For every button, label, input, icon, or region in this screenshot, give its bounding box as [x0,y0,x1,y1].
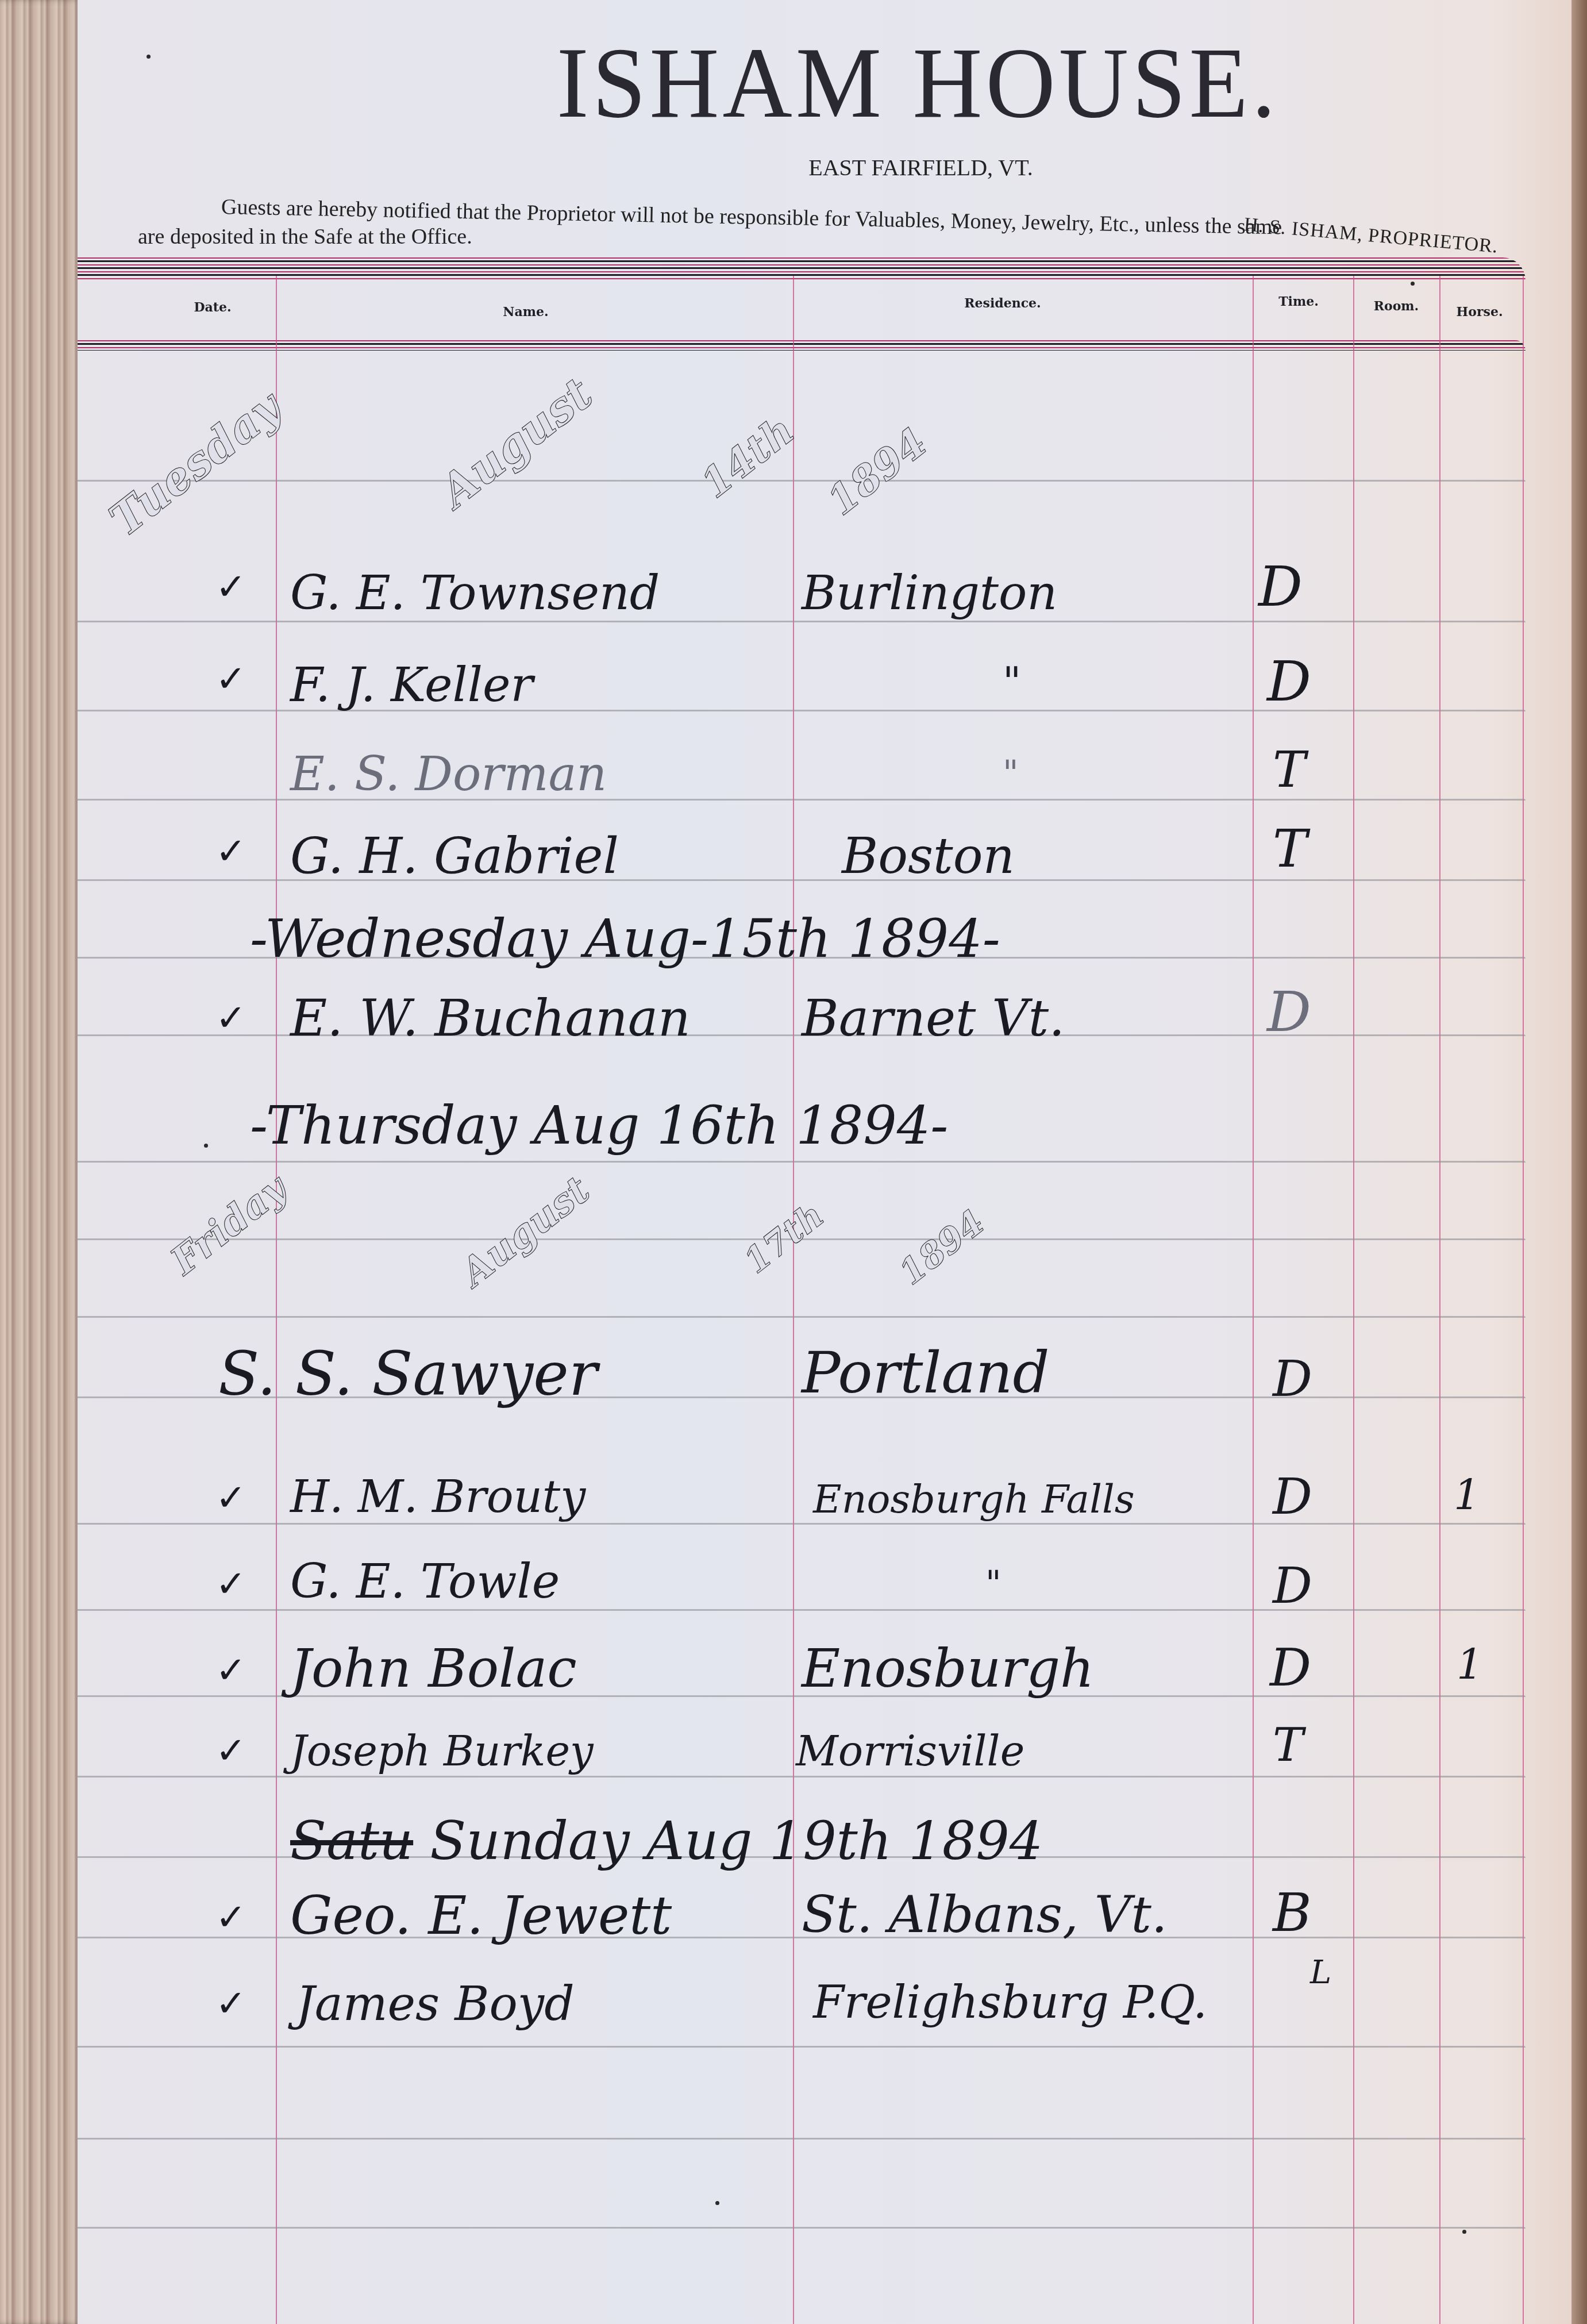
page-right-edge [1571,0,1587,2324]
guest-time: D [1258,555,1303,619]
checkmark-icon: ✓ [215,1563,246,1606]
ruled-line [78,1776,1526,1777]
guest-time: D [1270,1638,1311,1698]
guest-name: H. M. Brouty [290,1471,586,1523]
guest-name: G. E. Townsend [290,566,660,621]
guest-time: T [1273,819,1307,879]
column-divider-date [276,276,277,2324]
proprietor-signature: H. S. ISHAM, PROPRIETOR. [1243,214,1499,258]
column-divider-name [793,276,794,2324]
checkmark-icon: ✓ [215,1649,246,1692]
checkmark-icon: ✓ [215,566,246,609]
column-divider-residence [1253,276,1254,2324]
ruled-line [78,621,1526,622]
guest-name: S. S. Sawyer [218,1339,598,1409]
ruled-line [78,2227,1526,2229]
date-stamp-month: August [452,1167,598,1295]
guest-time: D [1273,1468,1312,1526]
guest-residence: Portland [802,1339,1049,1406]
col-header-residence: Residence. [964,296,1041,311]
guest-residence: St. Albans, Vt. [802,1885,1168,1944]
notice-line-2: are deposited in the Safe at the Office. [138,224,472,249]
checkmark-icon: ✓ [215,1730,246,1772]
col-header-date: Date. [194,300,231,315]
guest-name: Joseph Burkey [290,1727,594,1775]
paper-speck [1411,282,1415,286]
guest-name-faded: E. S. Dorman [290,747,607,802]
header-rule-bottom [78,340,1526,351]
guest-residence-ditto: " [1003,658,1021,705]
checkmark-icon: ✓ [215,997,246,1040]
guest-time: T [1273,741,1305,799]
date-stamp-day: Tuesday [100,381,291,547]
col-header-horse: Horse. [1456,305,1503,320]
guest-time: D [1273,1350,1312,1408]
checkmark-icon: ✓ [215,1896,246,1939]
checkmark-icon: ✓ [215,1983,246,2025]
book-page-edges [0,0,80,2324]
ruled-line [78,480,1526,482]
guest-time: T [1273,1718,1303,1772]
date-stamp-day: Friday [162,1165,295,1283]
guest-name: E. W. Buchanan [290,988,691,1048]
col-header-name: Name. [503,305,548,320]
header-rule-top [78,257,1526,280]
guest-residence-ditto: " [1003,753,1019,793]
guest-name: Geo. E. Jewett [290,1885,672,1946]
date-stamp-month: August [430,367,602,518]
date-line: -Wednesday Aug-15th 1894- [250,908,1000,969]
guest-residence: Boston [842,828,1015,885]
col-header-time: Time. [1278,294,1319,309]
hotel-title: ISHAM HOUSE. [78,25,1574,141]
checkmark-icon: ✓ [215,830,246,873]
guest-time: L [1310,1954,1331,1991]
guest-horse: 1 [1457,1641,1483,1689]
guest-name: G. E. Towle [290,1555,560,1609]
hotel-location: EAST FAIRFIELD, VT. [78,154,1574,181]
paper-speck [1462,2230,1466,2234]
date-stamp-year: 1894 [818,418,936,525]
guest-time: D [1273,1557,1312,1615]
register-page: ISHAM HOUSE. EAST FAIRFIELD, VT. Guests … [78,0,1574,2324]
guest-residence: Enosburgh Falls [813,1477,1135,1522]
guest-residence: Frelighsburg P.Q. [813,1977,1207,2029]
column-divider-time [1353,276,1354,2324]
guest-horse: 1 [1454,1471,1480,1519]
checkmark-icon: ✓ [215,658,246,701]
date-stamp-year: 1894 [892,1202,992,1293]
guest-name: G. H. Gabriel [290,828,619,885]
guest-name: F. J. Keller [290,658,533,713]
struck-day: Satu [290,1810,413,1872]
checkmark-icon: ✓ [215,1477,246,1519]
paper-speck [147,55,151,59]
date-line: Satu Sunday Aug 19th 1894 [290,1810,1043,1872]
paper-speck [204,1144,208,1148]
guest-residence-ditto: " [985,1563,1001,1603]
date-line: -Thursday Aug 16th 1894- [250,1095,948,1156]
guest-time: D [1267,649,1311,714]
guest-residence: Enosburgh [802,1638,1094,1699]
date-stamp-date: 14th [692,406,803,507]
ruled-line [78,1161,1526,1163]
guest-name: James Boyd [296,1977,575,2031]
guest-time: D [1267,980,1311,1044]
guest-time: B [1273,1882,1312,1944]
guest-residence: Barnet Vt. [802,988,1065,1048]
guest-residence: Morrisville [796,1727,1024,1775]
date-line-text: Sunday Aug 19th 1894 [430,1810,1043,1872]
column-divider-horse [1523,276,1524,2324]
column-divider-room [1439,276,1440,2324]
guest-residence: Burlington [802,566,1057,621]
ruled-line [78,2138,1526,2140]
ruled-line [78,2046,1526,2048]
guest-name: John Bolac [290,1638,577,1699]
paper-speck [715,2201,719,2205]
ruled-line [78,1316,1526,1318]
col-header-room: Room. [1374,299,1419,314]
